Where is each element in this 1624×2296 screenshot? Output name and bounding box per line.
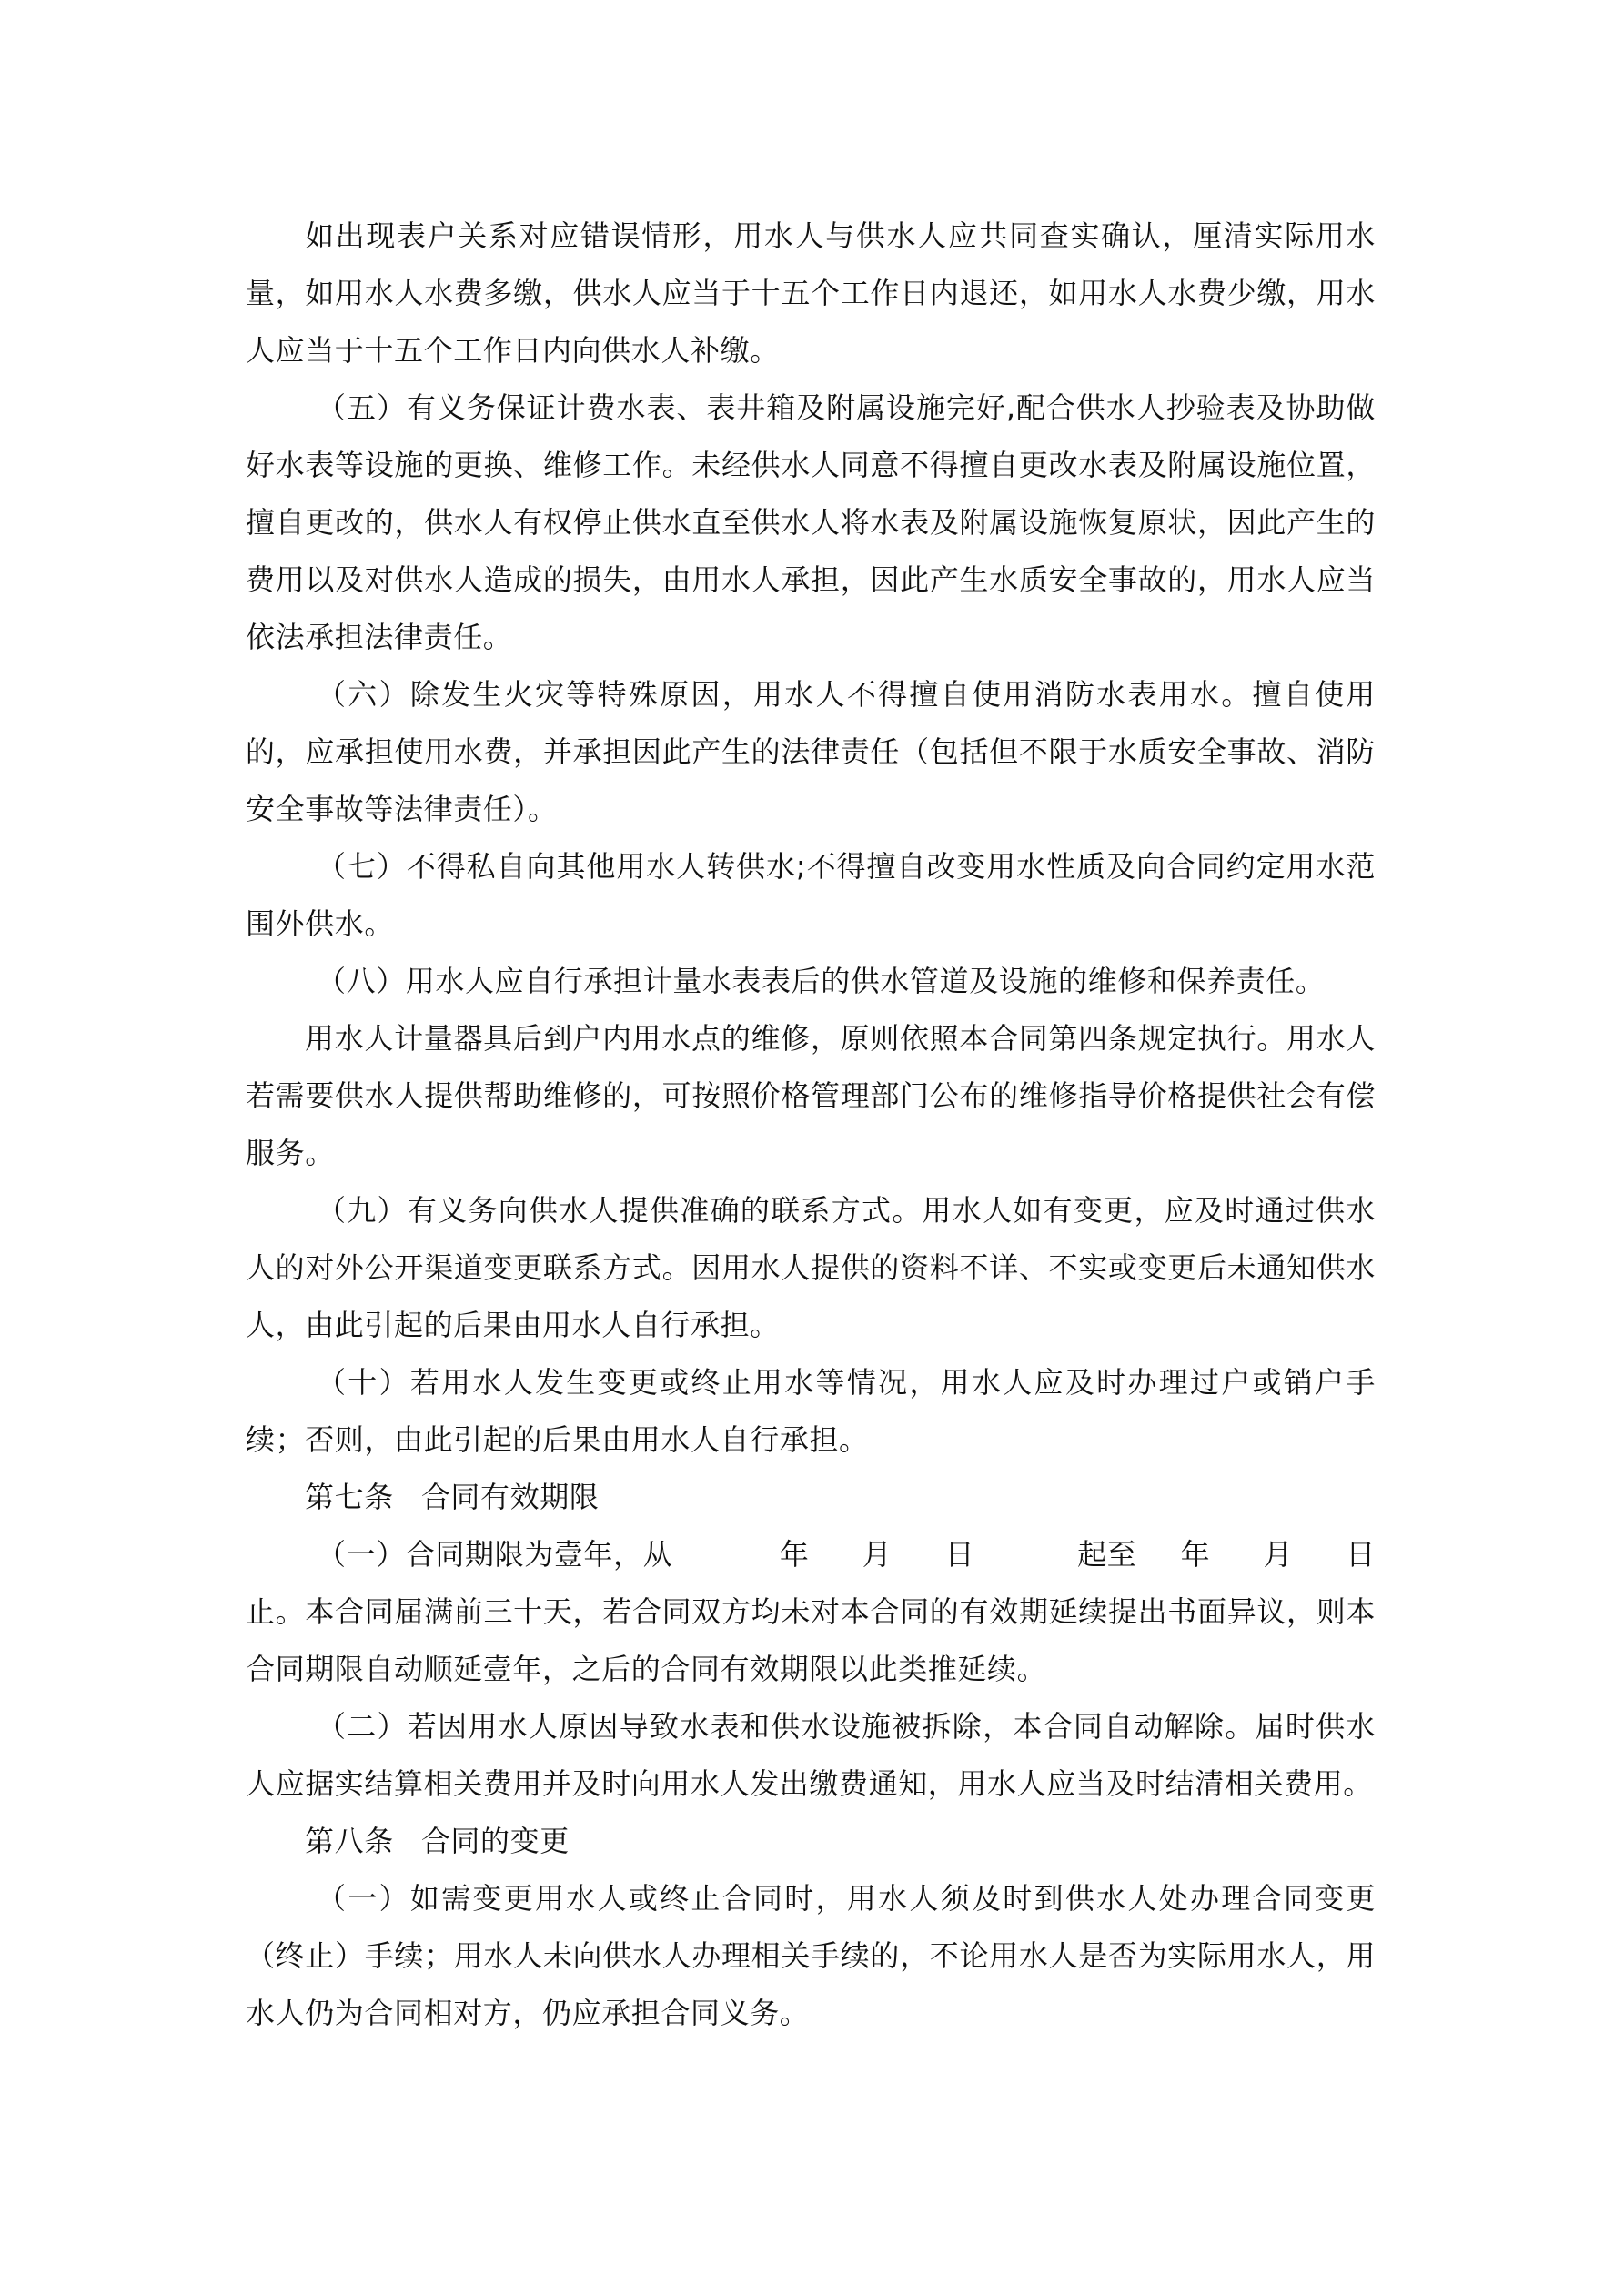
until-label: 起至 — [1077, 1526, 1181, 1583]
article-8-title: 合同的变更 — [421, 1824, 570, 1858]
article-7-item-1-date-line: （一）合同期限为壹年，从 年 月 日 起至 年 月 日 — [246, 1526, 1376, 1583]
article-7-number: 第七条 — [305, 1480, 394, 1514]
article-7-title: 合同有效期限 — [421, 1480, 600, 1514]
paragraph-item-10: （十）若用水人发生变更或终止用水等情况，用水人应及时办理过户或销户手续；否则，由… — [246, 1354, 1376, 1469]
article-7-item-1-rest: 止。本合同届满前三十天，若合同双方均未对本合同的有效期延续提出书面异议，则本合同… — [246, 1583, 1376, 1698]
paragraph-item-8: （八）用水人应自行承担计量水表表后的供水管道及设施的维修和保养责任。 — [246, 953, 1376, 1010]
paragraph-item-5: （五）有义务保证计费水表、表井箱及附属设施完好,配合供水人抄验表及协助做好水表等… — [246, 379, 1376, 666]
paragraph-item-7: （七）不得私自向其他用水人转供水;不得擅自改变用水性质及向合同约定用水范围外供水… — [246, 838, 1376, 953]
start-month-label: 月 — [862, 1526, 945, 1583]
article-7-item-2: （二）若因用水人原因导致水表和供水设施被拆除，本合同自动解除。届时供水人应据实结… — [246, 1698, 1376, 1813]
document-page: 如出现表户关系对应错误情形，用水人与供水人应共同查实确认，厘清实际用水量，如用水… — [246, 207, 1376, 2042]
end-year-label: 年 — [1181, 1526, 1264, 1583]
paragraph-item-9: （九）有义务向供水人提供准确的联系方式。用水人如有变更，应及时通过供水人的对外公… — [246, 1182, 1376, 1354]
article-8-item-1: （一）如需变更用水人或终止合同时，用水人须及时到供水人处办理合同变更（终止）手续… — [246, 1870, 1376, 2042]
article-7-heading: 第七条合同有效期限 — [246, 1469, 1376, 1526]
start-day-label: 日 — [945, 1526, 1077, 1583]
end-day-label: 日 — [1346, 1526, 1376, 1583]
contract-term-prefix: （一）合同期限为壹年，从 — [317, 1526, 780, 1583]
paragraph-item-8-note: 用水人计量器具后到户内用水点的维修，原则依照本合同第四条规定执行。用水人若需要供… — [246, 1010, 1376, 1182]
end-month-label: 月 — [1264, 1526, 1347, 1583]
paragraph-table-mismatch: 如出现表户关系对应错误情形，用水人与供水人应共同查实确认，厘清实际用水量，如用水… — [246, 207, 1376, 379]
start-year-label: 年 — [780, 1526, 862, 1583]
article-8-heading: 第八条合同的变更 — [246, 1813, 1376, 1870]
article-8-number: 第八条 — [305, 1824, 394, 1858]
paragraph-item-6: （六）除发生火灾等特殊原因，用水人不得擅自使用消防水表用水。擅自使用的，应承担使… — [246, 666, 1376, 838]
